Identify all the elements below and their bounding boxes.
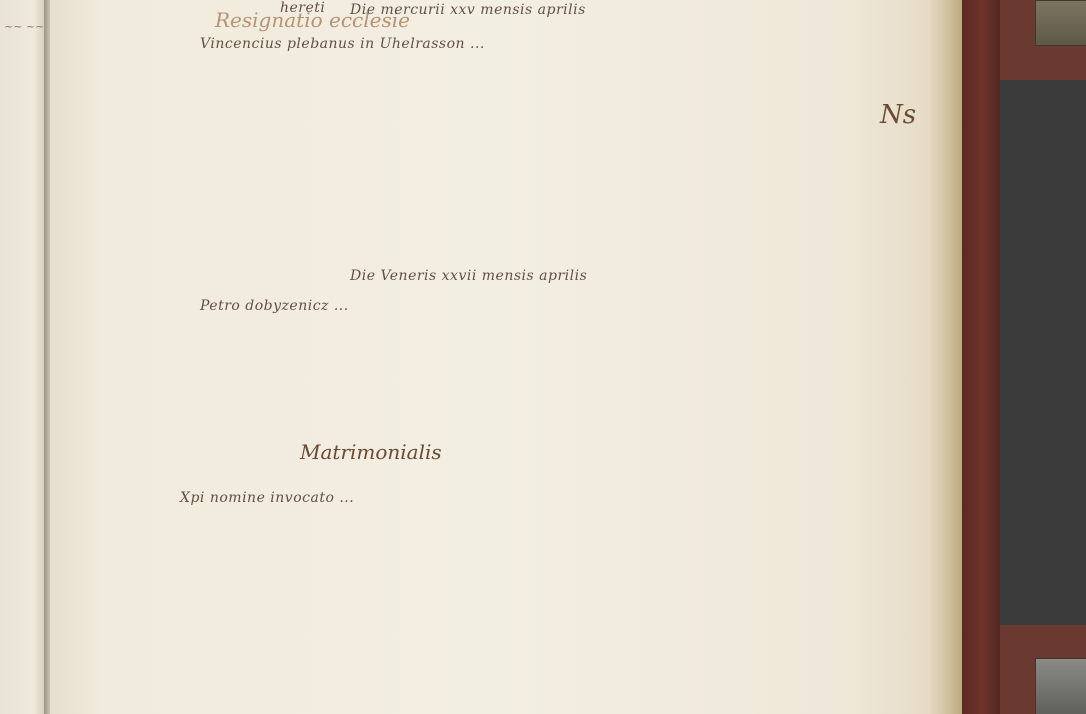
entry-line: Vincencius plebanus in Uhelrasson ...	[200, 36, 485, 52]
facing-page-left: ~~ ~~	[0, 0, 48, 714]
right-margin-mark: Ns	[880, 100, 916, 130]
leather-binding	[962, 0, 1002, 714]
metal-clasp-bottom	[1035, 658, 1086, 714]
left-margin-writing: ~~ ~~	[4, 20, 44, 33]
heading-matrimonialis: Matrimonialis	[300, 440, 442, 464]
page-edge	[930, 0, 964, 714]
cover-inset	[1000, 80, 1086, 625]
metal-clasp-top	[1035, 0, 1086, 46]
entry-date-1: Die mercurii xxv mensis aprilis	[350, 2, 586, 18]
entry-line: Xpi nomine invocato ...	[180, 490, 354, 506]
entry-line: Petro dobyzenicz ...	[200, 298, 349, 314]
manuscript-page: hereti Resignatio ecclesie Die mercurii …	[50, 0, 930, 714]
entry-date-2: Die Veneris xxvii mensis aprilis	[350, 268, 587, 284]
